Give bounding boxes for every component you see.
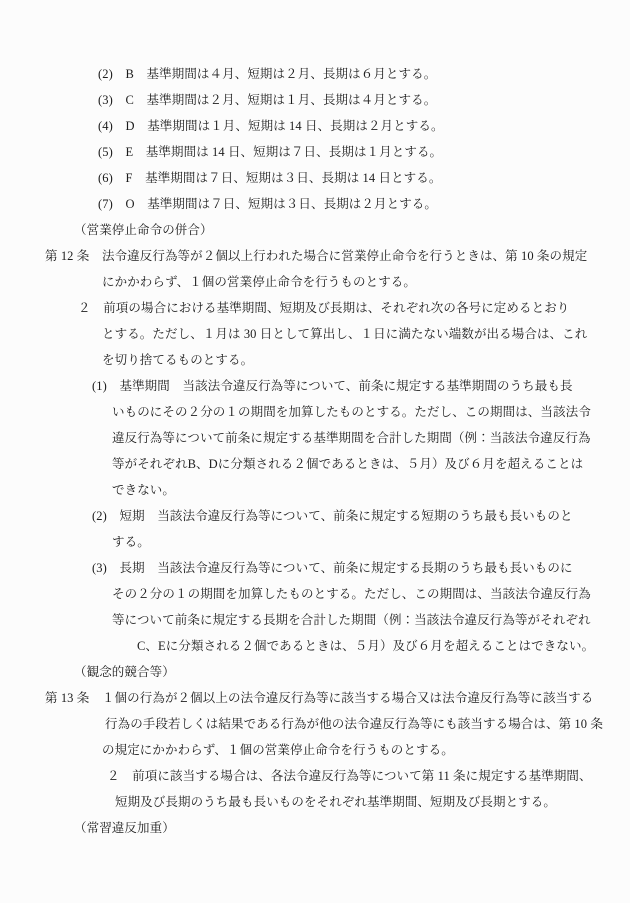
document-line: （観念的競合等） bbox=[0, 659, 630, 685]
document-body: (2) B 基準期間は４月、短期は２月、長期は６月とする。(3) C 基準期間は… bbox=[0, 61, 630, 841]
document-line: （常習違反加重） bbox=[0, 815, 630, 841]
document-line: ２ 前項の場合における基準期間、短期及び長期は、それぞれ次の各号に定めるとおり bbox=[0, 295, 630, 321]
document-line: (1) 基準期間 当該法令違反行為等について、前条に規定する基準期間のうち最も長 bbox=[0, 373, 630, 399]
document-line: の規定にかかわらず、１個の営業停止命令を行うものとする。 bbox=[0, 737, 630, 763]
document-line: 第 13 条 １個の行為が２個以上の法令違反行為等に該当する場合又は法令違反行為… bbox=[0, 685, 630, 711]
document-line: (2) 短期 当該法令違反行為等について、前条に規定する短期のうち最も長いものと bbox=[0, 503, 630, 529]
document-line: 第 12 条 法令違反行為等が２個以上行われた場合に営業停止命令を行うときは、第… bbox=[0, 243, 630, 269]
document-line: (4) D 基準期間は１月、短期は 14 日、長期は２月とする。 bbox=[0, 113, 630, 139]
document-line: C、Eに分類される２個であるときは、５月）及び６月を超えることはできない。 bbox=[0, 633, 630, 659]
document-line: (6) F 基準期間は７日、短期は３日、長期は 14 日とする。 bbox=[0, 165, 630, 191]
document-line: (3) C 基準期間は２月、短期は１月、長期は４月とする。 bbox=[0, 87, 630, 113]
document-line: (3) 長期 当該法令違反行為等について、前条に規定する長期のうち最も長いものに bbox=[0, 555, 630, 581]
document-line: ２ 前項に該当する場合は、各法令違反行為等について第 11 条に規定する基準期間… bbox=[0, 763, 630, 789]
document-line: いものにその２分の１の期間を加算したものとする。ただし、この期間は、当該法令 bbox=[0, 399, 630, 425]
document-line: 等がそれぞれB、Dに分類される２個であるときは、５月）及び６月を超えることは bbox=[0, 451, 630, 477]
document-line: (2) B 基準期間は４月、短期は２月、長期は６月とする。 bbox=[0, 61, 630, 87]
document-page: (2) B 基準期間は４月、短期は２月、長期は６月とする。(3) C 基準期間は… bbox=[0, 0, 630, 903]
document-line: できない。 bbox=[0, 477, 630, 503]
document-line: を切り捨てるものとする。 bbox=[0, 347, 630, 373]
document-line: その２分の１の期間を加算したものとする。ただし、この期間は、当該法令違反行為 bbox=[0, 581, 630, 607]
document-line: 短期及び長期のうち最も長いものをそれぞれ基準期間、短期及び長期とする。 bbox=[0, 789, 630, 815]
document-line: 違反行為等について前条に規定する基準期間を合計した期間（例：当該法令違反行為 bbox=[0, 425, 630, 451]
document-line: (5) E 基準期間は 14 日、短期は７日、長期は１月とする。 bbox=[0, 139, 630, 165]
document-line: (7) O 基準期間は７日、短期は３日、長期は２月とする。 bbox=[0, 191, 630, 217]
document-line: にかかわらず、１個の営業停止命令を行うものとする。 bbox=[0, 269, 630, 295]
document-line: とする。ただし、１月は 30 日として算出し、１日に満たない端数が出る場合は、こ… bbox=[0, 321, 630, 347]
document-line: 等について前条に規定する長期を合計した期間（例：当該法令違反行為等がそれぞれ bbox=[0, 607, 630, 633]
document-line: （営業停止命令の併合） bbox=[0, 217, 630, 243]
document-line: する。 bbox=[0, 529, 630, 555]
document-line: 行為の手段若しくは結果である行為が他の法令違反行為等にも該当する場合は、第 10… bbox=[0, 711, 630, 737]
